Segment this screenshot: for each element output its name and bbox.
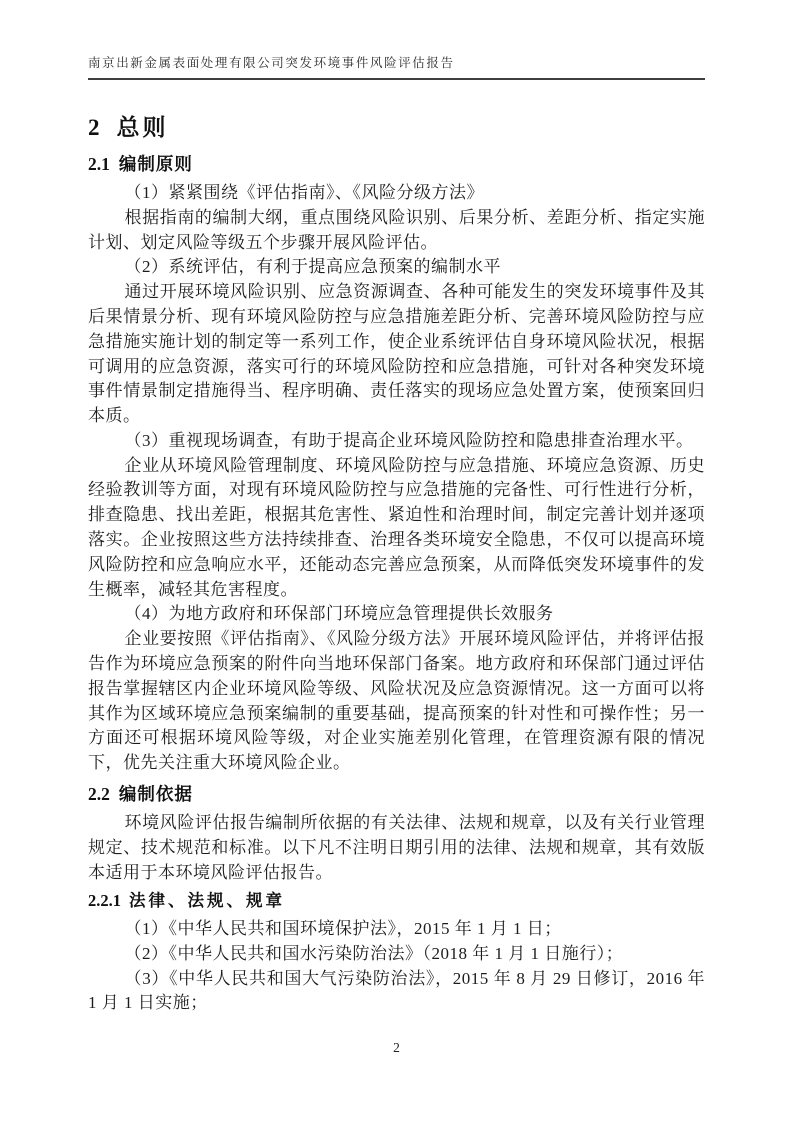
section-2-1: 2.1编制原则 （1）紧紧围绕《评估指南》、《风险分级方法》 根据指南的编制大纲…	[88, 154, 705, 776]
page-header-title: 南京出新金属表面处理有限公司突发环境事件风险评估报告	[88, 56, 455, 70]
legal-item: （1）《中华人民共和国环境保护法》，2015 年 1 月 1 日；	[88, 917, 705, 942]
chapter-title-text: 总则	[117, 115, 169, 140]
paragraph: 环境风险评估报告编制所依据的有关法律、法规和规章，以及有关行业管理规定、技术规范…	[88, 811, 705, 885]
paragraph: （4）为地方政府和环保部门环境应急管理提供长效服务	[88, 602, 705, 627]
paragraph: （3）重视现场调查，有助于提高企业环境风险防控和隐患排查治理水平。	[88, 429, 705, 454]
document-page: 南京出新金属表面处理有限公司突发环境事件风险评估报告 2总则 2.1编制原则 （…	[0, 0, 793, 1122]
section-2-2-number: 2.2	[88, 784, 110, 804]
paragraph: 企业从环境风险管理制度、环境风险防控与应急措施、环境应急资源、历史经验教训等方面…	[88, 454, 705, 603]
paragraph: 通过开展环境风险识别、应急资源调查、各种可能发生的突发环境事件及其后果情景分析、…	[88, 280, 705, 429]
section-2-1-number: 2.1	[88, 154, 110, 174]
chapter-heading: 2总则	[88, 114, 705, 142]
section-2-2-1-number: 2.2.1	[88, 891, 121, 910]
paragraph: 企业要按照《评估指南》、《风险分级方法》开展环境风险评估，并将评估报告作为环境应…	[88, 627, 705, 776]
section-2-2-1-title: 法律、法规、规章	[129, 891, 285, 910]
chapter-number: 2	[88, 115, 100, 140]
section-2-2: 2.2编制依据 环境风险评估报告编制所依据的有关法律、法规和规章，以及有关行业管…	[88, 784, 705, 1016]
page-header: 南京出新金属表面处理有限公司突发环境事件风险评估报告	[88, 53, 705, 80]
section-2-2-heading: 2.2编制依据	[88, 784, 705, 806]
section-2-1-title: 编制原则	[119, 154, 193, 174]
page-number: 2	[393, 1040, 400, 1055]
paragraph: （1）紧紧围绕《评估指南》、《风险分级方法》	[88, 181, 705, 206]
page-footer: 2	[0, 1040, 793, 1056]
paragraph: （2）系统评估，有利于提高应急预案的编制水平	[88, 255, 705, 280]
section-2-1-heading: 2.1编制原则	[88, 154, 705, 176]
paragraph: 根据指南的编制大纲，重点围绕风险识别、后果分析、差距分析、指定实施计划、划定风险…	[88, 206, 705, 256]
legal-item: （3）《中华人民共和国大气污染防治法》，2015 年 8 月 29 日修订，20…	[88, 967, 705, 1017]
section-2-2-1-heading: 2.2.1法律、法规、规章	[88, 891, 705, 912]
legal-item: （2）《中华人民共和国水污染防治法》（2018 年 1 月 1 日施行）；	[88, 942, 705, 967]
section-2-2-1: 2.2.1法律、法规、规章 （1）《中华人民共和国环境保护法》，2015 年 1…	[88, 891, 705, 1016]
section-2-2-title: 编制依据	[119, 784, 193, 804]
